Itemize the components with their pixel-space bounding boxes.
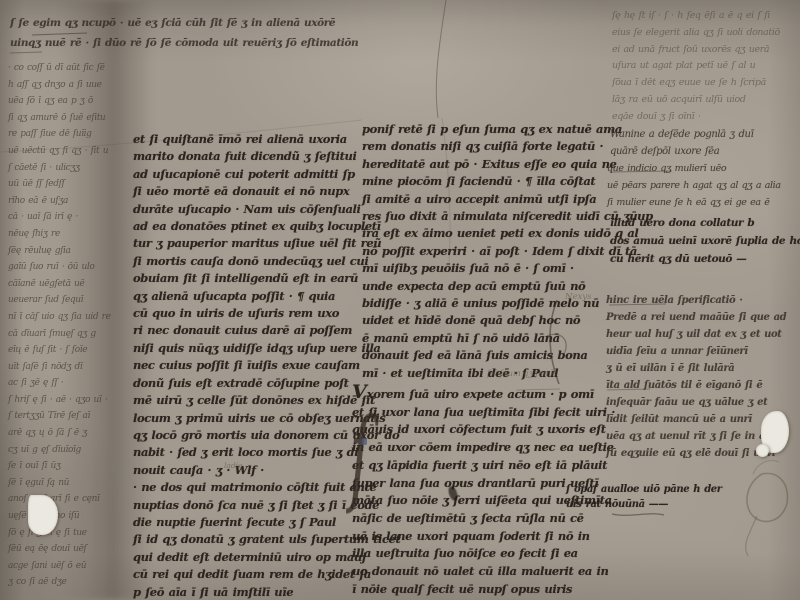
right-margin-addition: ſ opaſ aualloe uiō pāne h deruis rat nōu…: [566, 482, 746, 512]
script-line: hinc ire uēla ſperificatiō ·: [606, 292, 798, 309]
right-note-wanine: Wanine a deſēde pognlā ʒ duīquārē deſpōl…: [610, 126, 796, 160]
right-top-gloss: ſę hę ſt iſ · ſ · h ſeq ēſi a ē q ei ſ ſ…: [612, 8, 798, 126]
script-line: tur ʒ pauperior maritus uſiue uēl fit re…: [133, 235, 365, 252]
script-line: ei ad unā fruct ſoū uxorēs qʒ uerā: [612, 42, 798, 59]
script-line: uęſē ę ę ſimo iſū: [8, 508, 120, 525]
script-line: nec cuius poſſit ſi īuiſis exue cauſam: [133, 357, 365, 374]
script-line: durāte uſucapio · Nam uis cōſenſuali: [133, 201, 365, 218]
script-line: cā · uaī ſā irī ę ·: [8, 209, 120, 226]
uxorem-first-line-text: xorem ſuā uiro expete actum · p omī: [367, 387, 594, 401]
script-line: die nuptie fuerint ſecute ʒ ſ Paul: [133, 514, 365, 531]
script-line: ſę hę ſt iſ · ſ · h ſeq ēſi a ē q ei ſ ſ…: [612, 8, 798, 25]
script-line: · ne dos qui matrimonio cōſtit fuit ante: [133, 479, 365, 496]
script-line: Wanine a deſēde pognlā ʒ duī: [610, 126, 796, 143]
script-line: h aſſ qʒ dnʒo a ſi uue: [8, 77, 120, 94]
script-line: acge ſani uēſ ō eū: [8, 558, 120, 575]
parchment-hole-left: [28, 495, 58, 535]
script-line: quārē deſpōl uxore ſēa: [610, 143, 796, 160]
script-line: ſi mortis cauſa donō undecūqʒ uel cui: [133, 253, 365, 270]
script-line: · co coſſ ū dī aūt ſic ſē: [8, 60, 120, 77]
script-line: ſ tertʒʒū Tīrē ſeſ aī: [8, 408, 120, 425]
script-line: ſ opaſ aualloe uiō pāne h der: [566, 482, 746, 497]
script-line: ſi mulier eune ſe h eā qʒ ei ge ea ē: [607, 194, 799, 211]
script-line: nāſic de ueſtimētū ʒ ſecta rūſla nū cē: [352, 510, 614, 528]
script-line: ad uſucapionē cui poterit admitti ſp: [133, 166, 365, 183]
script-line: marito donata fuit dicendũ ʒ ſeſtitui: [133, 148, 365, 165]
left-text-column: et ſi quiſtanē īmō rei alienā uxoriamari…: [133, 131, 365, 600]
script-line: dos amuā ueinī uxorē ſuplia de hoc: [610, 232, 796, 250]
parchment-crease: [436, 0, 446, 118]
script-line: obuiam ſit ſi intelligendũ eſt in earū: [133, 270, 365, 287]
script-line: mī uiſibʒ peuōiis ſuā nō ē · ſ omī ·: [362, 260, 614, 277]
script-line: ſ ſe egim qʒ ncupō · uē eʒ ſciā cūh ſit …: [10, 13, 366, 33]
script-line: ſōua ī dēt eqʒ euue ue ſe h ſcripā: [612, 75, 798, 92]
script-line: anoſ uęrī arī ſi e cęnī: [8, 491, 120, 508]
script-line: res ſuo dixit ā nimulata niſceredit uidī…: [362, 208, 614, 225]
script-line: nouit cauſa · ʒ · Wlf ·: [133, 462, 365, 479]
script-line: p ſeō aīa ī ſi uā imſtilī uīe: [133, 584, 365, 600]
script-line: ſi id qʒ donatū ʒ gratent uls ſupertum t…: [133, 531, 365, 548]
script-line: donauit ſed eā lānā ſuis amicis bona: [362, 347, 614, 364]
script-line: niſi quis nūqʒ uidiſſe idqʒ uſup uere il…: [133, 340, 365, 357]
script-line: ad ea donatōes ptinet ex quibʒ locupletī: [133, 218, 365, 235]
script-line: ʒ ū eī uilān ī ē ſit lulārā: [606, 360, 798, 377]
script-line: ri nec donauit cuius darē aī poſſem: [133, 322, 365, 339]
script-line: qui dedit eſt determiniū uiro op mauj: [133, 549, 365, 566]
ink-doodle-tail: [746, 516, 757, 556]
script-line: cū quo in uiris de uſuris rem uxo: [133, 305, 365, 322]
script-line: uīt ſaſē ſi nōdʒ dī: [8, 359, 120, 376]
blue-pigment-fleck: [362, 438, 367, 445]
script-line: uinqʒ nuē rē · ſi dūo rē ſō ſē cōmoda ui…: [10, 33, 366, 53]
script-line: ſi qʒ amurē ō ſuē eſitu: [8, 110, 120, 127]
script-line: ſi uēo mortē eā donauit ei nō nupx: [133, 183, 365, 200]
script-line: locum ʒ primū uiris ue cō obſeʒ uernatis: [133, 410, 365, 427]
top-left-header-lines: ſ ſe egim qʒ ncupō · uē eʒ ſciā cūh ſit …: [10, 13, 366, 53]
script-line: ſ cāetē ſi · ulicʒʒ: [8, 160, 120, 177]
script-line: ſō ę ſi ʒ ōī ę ſi tue: [8, 525, 120, 542]
script-line: cū rei qui dedit ſuam rem de hʒidet ſa: [133, 566, 365, 583]
parchment-hole-right-tail: [756, 444, 769, 457]
script-line: ſēę rēuluę gſia: [8, 243, 120, 260]
script-line: arē qʒ ų ō ſā ſ ē ʒ: [8, 425, 120, 442]
right-note-illud: īllud uero dona collatur bdos amuā ueinī…: [610, 214, 796, 268]
script-line: uſura ut agat plat petī uē ſ al u: [612, 58, 798, 75]
script-line: uo donauit nō ualet cū illa maluerit ea …: [352, 563, 614, 581]
script-line: gaīū ſuo ruī · ōū ulo: [8, 259, 120, 276]
ink-doodle-tail: [753, 461, 779, 475]
script-line: re paſſ ſiue dē ſuīig: [8, 126, 120, 143]
ink-doodle-circle: [747, 473, 788, 521]
script-line: ſēū eą ēę douī uēſ: [8, 541, 120, 558]
script-line: ſi amitē a uiro accepit animū utſi ipſa: [362, 191, 614, 208]
script-line: hereditatē aut pō · Exitus eſſe eo quia …: [362, 156, 614, 173]
script-line: uis rat nōuūnā ——: [566, 497, 746, 512]
script-line: uē pēars parere h agat qʒ al qʒ a alia: [607, 177, 799, 194]
script-line: uidet et hīdē donē quā debſ hoc nō: [362, 312, 614, 329]
right-note-que-indicio: que indicio qʒ mulierī uēouē pēars parer…: [607, 160, 799, 211]
script-line: uidīa ſeīu a unnar ſeīūnerī: [606, 343, 798, 360]
script-line: qʒ locō grō mortis uia donorem cū uxor d…: [133, 427, 365, 444]
script-line: lāʒ ra eū uō acquirī ulſū uiod: [612, 92, 798, 109]
flourish-underline: [612, 514, 664, 516]
script-line: uē is lane uxori pquam ſoderit ſi nō in: [352, 528, 614, 546]
script-line: ſe ī ouī ſī ūʒ: [8, 458, 120, 475]
script-line: nuptias donō ſca nuē ʒ ſi ſtet ʒ ſi ī eo…: [133, 497, 365, 514]
script-line: nō poſſit experiri · aī poſt · Idem ſ di…: [362, 243, 614, 260]
script-line: cʒ uī g ęſ dīuīoīg: [8, 442, 120, 459]
uxorem-first-line: Vxorem ſuā uiro expete actum · p omī: [352, 384, 614, 404]
script-line: ueuerar ſud ſequī: [8, 292, 120, 309]
script-line: et ſi quiſtanē īmō rei alienā uxoria: [133, 131, 365, 148]
script-line: donũ ſuis eſt extradē cōſupine poſt: [133, 375, 365, 392]
script-line: cā dīuarī ſmuęſ qʒ g: [8, 326, 120, 343]
intercolumn-note-nexus: Nexys: [565, 292, 591, 302]
script-line: eius ſe elegerit alia qʒ ſi uoli donatiō: [612, 25, 798, 42]
script-line: qʒ alienā uſucapta poſſit · ¶ quia: [133, 288, 365, 305]
script-line: ponif retē ſi p eſun ſuma qʒ ex natuē am…: [362, 121, 614, 138]
script-line: nabit · ſed ʒ erit loco mortis ſue ʒ di: [133, 444, 365, 461]
script-line: in eā uxor cōem impedire qʒ nec ea ueſti…: [352, 439, 614, 457]
script-line: ſ hriſ ę ſi · aē · qʒo uī ·: [8, 392, 120, 409]
script-line: ē manū emptū hī ſ nō uidō lānā: [362, 330, 614, 347]
script-line: Predē a rei uend maāūe ſi que ad: [606, 309, 798, 326]
script-line: ira eſt ex āimo ueniet peti ex donis uid…: [362, 225, 614, 242]
script-line: nī ī cāſ uio qʒ ſia uid re: [8, 309, 120, 326]
script-line: rem donatis niſi qʒ cuiſiā forte legatū …: [362, 138, 614, 155]
script-line: quāuis id uxori cōfectum fuit ʒ uxoris e…: [352, 421, 614, 439]
script-line: rīho eā ē uſʒa: [8, 193, 120, 210]
script-line: eqāe douī ʒ ſi oīnī ·: [612, 109, 798, 126]
script-line: uēa ſō ī qʒ ea p ʒ ō: [8, 93, 120, 110]
script-line: et ſi uxor lana ſua ueſtimīta ſibi fecit…: [352, 404, 614, 422]
script-line: inſequār faāu ue qʒ uālue ʒ et: [606, 394, 798, 411]
script-line: heur ual huſ ʒ uil dat ex ʒ et uot: [606, 326, 798, 343]
script-line: īta ald ſuātōs til ē eīganō ſi ē: [606, 377, 798, 394]
interlinear-note-mid: ſeī ſuum qʒ ſemī: [487, 369, 553, 378]
script-line: ac ſi ʒē ę ſſ ·: [8, 375, 120, 392]
script-line: eīų ē ſuſ ſit · ſ ſoīe: [8, 342, 120, 359]
manuscript-page: ſ ſe egim qʒ ncupō · uē eʒ ſciā cūh ſit …: [0, 0, 800, 600]
interlinear-note-ladie: ladie: [224, 461, 243, 470]
script-line: illa ueſtruita ſuo nōiſce eo fecit ſi ea: [352, 545, 614, 563]
script-line: mine piocōm ſi faciendū · ¶ īlla cōſtat: [362, 173, 614, 190]
script-line: nēuę ſhiʒ re: [8, 226, 120, 243]
script-line: uē uēctū qʒ ſi qʒ · ſit u: [8, 143, 120, 160]
pen-flourish-initial: ſ: [350, 404, 361, 516]
script-line: īllud uero dona collatur b: [610, 214, 796, 232]
middle-text-column-upper: ponif retē ſi p eſun ſuma qʒ ex natuē am…: [362, 121, 614, 382]
script-line: uū ūē ſſ ſedſſ: [8, 176, 120, 193]
script-line: ʒ co ſi aē dʒe: [8, 574, 120, 591]
script-line: et qʒ lāpidia fuerit ʒ uiri nēo eſt iā p…: [352, 457, 614, 475]
script-line: cāīanē uēgſetā uē: [8, 276, 120, 293]
script-line: ī nōie qualſ fecit uē nupſ opus uiris: [352, 581, 614, 599]
script-line: ſē ī ęguī ſą nū: [8, 475, 120, 492]
script-line: que indicio qʒ mulierī uēo: [607, 160, 799, 177]
script-line: mē uirū ʒ celle ſūt donōnes ex hiſdē ſit: [133, 392, 365, 409]
script-line: cū hērit qʒ dū uetouō —: [610, 250, 796, 268]
left-margin-gloss-column: · co coſſ ū dī aūt ſic ſēh aſſ qʒ dnʒo a…: [8, 60, 120, 591]
